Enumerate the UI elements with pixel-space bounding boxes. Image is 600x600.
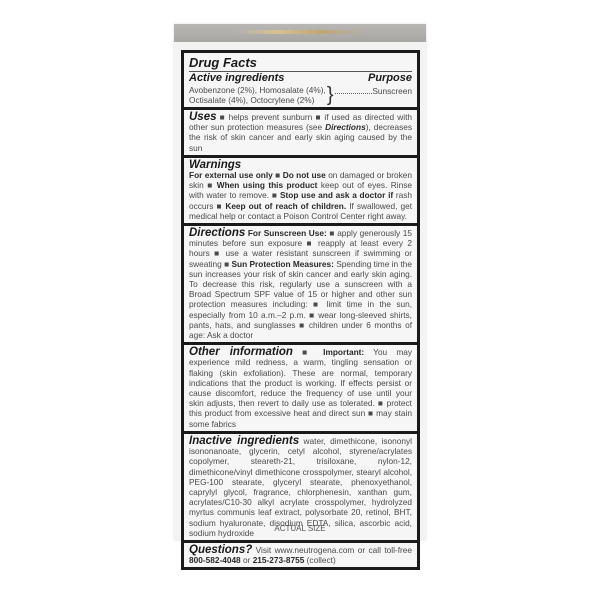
bullet-icon: ■ <box>214 248 221 258</box>
bullet-icon: ■ <box>272 190 277 200</box>
bullet-icon: ■ <box>207 180 213 190</box>
bullet-icon: ■ <box>368 408 373 418</box>
questions-heading: Questions? <box>189 544 252 556</box>
active-ingredients-line1: Avobenzone (2%), Homosalate (4%), <box>189 85 326 95</box>
directions-heading: Directions <box>189 227 245 239</box>
warning-stop-use: Stop use and ask a doctor if <box>280 190 393 200</box>
uses-item-1: helps prevent sunburn <box>229 112 313 122</box>
bullet-icon: ■ <box>329 228 334 238</box>
bullet-icon: ■ <box>315 112 321 122</box>
bullet-icon: ■ <box>217 201 223 211</box>
other-information-heading: Other information <box>189 346 293 358</box>
uses-heading: Uses <box>189 111 217 123</box>
bullet-icon: ■ <box>302 347 314 357</box>
warning-do-not-use: Do not use <box>283 170 326 180</box>
dotted-leader <box>335 93 373 94</box>
bullet-icon: ■ <box>299 320 305 330</box>
bullet-icon: ■ <box>220 112 226 122</box>
warning-external-use: For external use only <box>189 170 273 180</box>
questions-text: Visit www.neutrogena.com or call toll-fr… <box>256 545 412 555</box>
bullet-icon: ■ <box>275 170 280 180</box>
bullet-icon: ■ <box>378 398 384 408</box>
directions-subheading: For Sunscreen Use: <box>248 228 327 238</box>
inactive-ingredients-heading: Inactive ingredients <box>189 435 299 447</box>
inactive-ingredients-list: water, dimethicone, isononyl isononanoat… <box>189 436 412 538</box>
collect-label: (collect) <box>307 555 336 565</box>
bullet-icon: ■ <box>309 310 315 320</box>
box-top-logo-strip <box>234 30 364 34</box>
warning-keep-out-of-reach: Keep out of reach of children. <box>225 201 346 211</box>
active-ingredients-line2: Octisalate (4%), Octocrylene (2%) <box>189 95 326 105</box>
directions-section: Directions For Sunscreen Use: ■ apply ge… <box>184 223 417 342</box>
purpose-heading: Purpose <box>368 72 412 85</box>
important-label: Important: <box>323 347 364 357</box>
directions-subheading: Sun Protection Measures: <box>231 259 333 269</box>
warnings-section: Warnings For external use only ■ Do not … <box>184 155 417 223</box>
other-information-section: Other information ■ Important: You may e… <box>184 342 417 431</box>
actual-size-label: ACTUAL SIZE <box>174 524 426 533</box>
active-ingredients-heading: Active ingredients <box>189 72 284 85</box>
warnings-heading: Warnings <box>189 160 412 170</box>
box-top-edge <box>174 24 426 42</box>
purpose-value: Sunscreen <box>372 86 412 96</box>
collect-phone: 215-273-8755 <box>253 555 305 565</box>
bullet-icon: ■ <box>307 238 314 248</box>
brace-symbol: } <box>327 86 334 104</box>
warning-when-using: When using this product <box>217 180 318 190</box>
bullet-icon: ■ <box>313 299 321 309</box>
active-ingredients-section: Drug Facts Active ingredients Purpose Av… <box>184 53 417 107</box>
directions-reference: Directions <box>325 122 366 132</box>
drug-facts-title: Drug Facts <box>189 55 412 72</box>
product-box: Drug Facts Active ingredients Purpose Av… <box>174 24 426 540</box>
questions-or: or <box>243 555 250 565</box>
drug-facts-panel: Drug Facts Active ingredients Purpose Av… <box>181 50 420 570</box>
questions-section: Questions? Visit www.neutrogena.com or c… <box>184 540 417 567</box>
toll-free-phone: 800-582-4048 <box>189 555 241 565</box>
bullet-icon: ■ <box>224 259 229 269</box>
uses-section: Uses ■ helps prevent sunburn ■ if used a… <box>184 107 417 155</box>
